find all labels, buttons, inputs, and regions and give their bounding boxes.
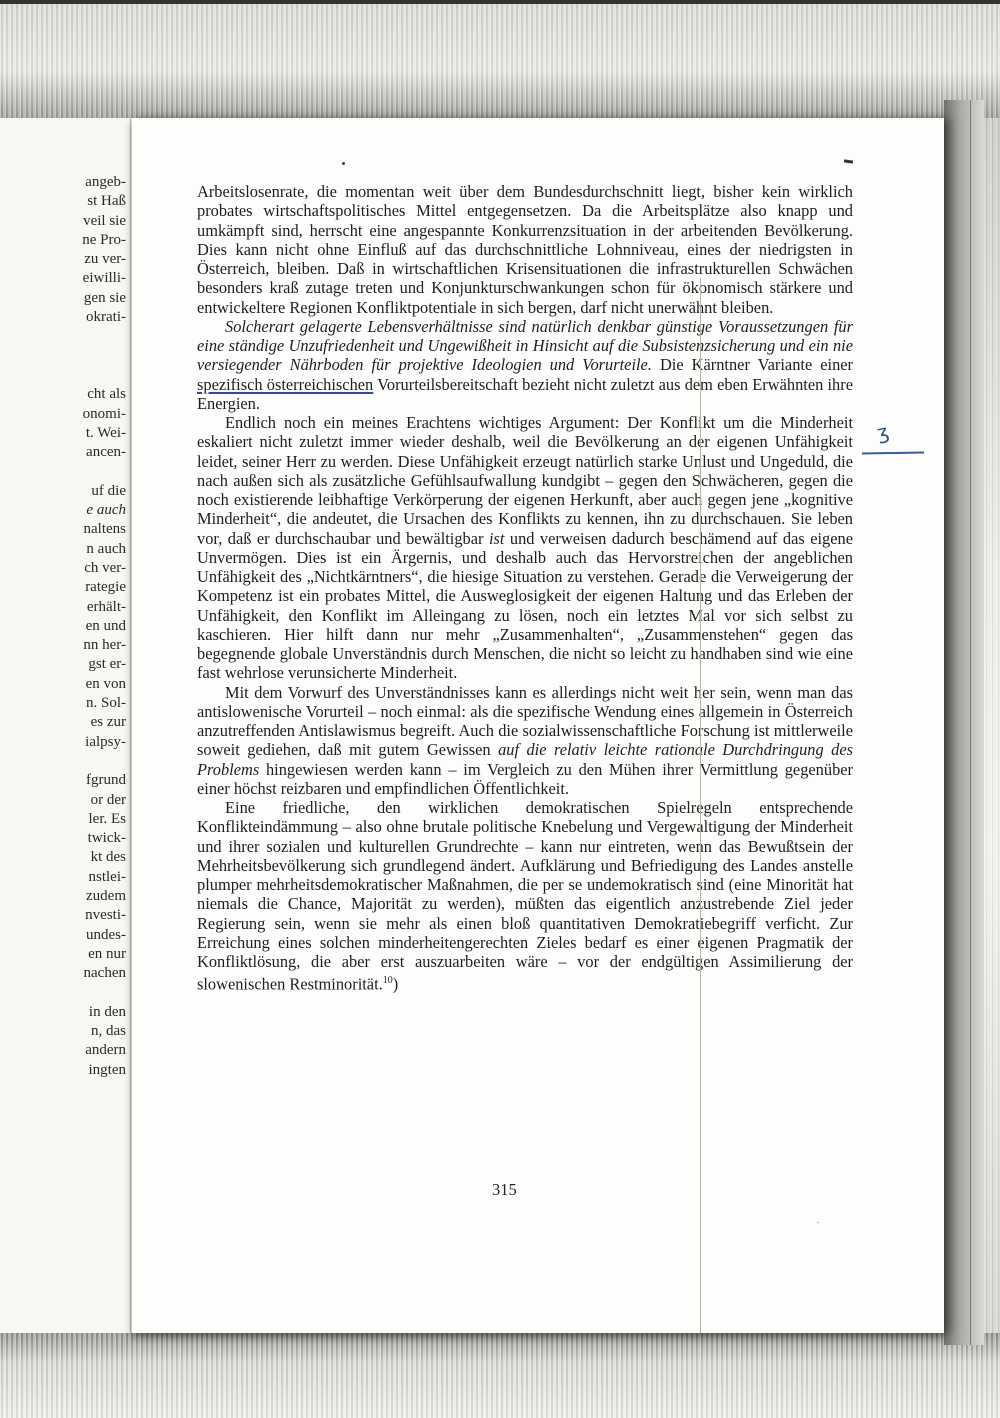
previous-page-line-fragment: in den [6, 1003, 126, 1022]
previous-page-line-fragment [6, 347, 126, 366]
page-edge-shadow [944, 100, 984, 1345]
previous-page-line-fragment: undes- [6, 926, 126, 945]
previous-page-line-fragment: n, das [6, 1022, 126, 1041]
footnote-ref: 10 [383, 975, 393, 986]
previous-page-line-fragment: nvesti- [6, 906, 126, 925]
previous-page-line-fragment: or der [6, 791, 126, 810]
previous-page-line-fragment: ingten [6, 1061, 126, 1080]
scanner-top-edge [0, 0, 1000, 118]
text-segment: und verweisen dadurch beschämend auf das… [197, 529, 853, 683]
previous-page-line-fragment: twick- [6, 829, 126, 848]
smudge-mark: ˌ [816, 1210, 820, 1225]
previous-page-line-fragment [6, 462, 126, 481]
previous-page-line-fragment: st Haß [6, 192, 126, 211]
previous-page-line-fragment: fgrund [6, 771, 126, 790]
previous-page-line-fragment: okrati- [6, 308, 126, 327]
previous-page-line-fragment: en und [6, 617, 126, 636]
previous-page-line-fragment: ancen- [6, 443, 126, 462]
paragraph: Eine friedliche, den wirklichen demokrat… [197, 798, 853, 994]
paragraph: Mit dem Vorwurf des Unverständnisses kan… [197, 683, 853, 799]
previous-page-line-fragment: e auch [6, 501, 126, 520]
paragraph: Endlich noch ein meines Erachtens wichti… [197, 413, 853, 683]
text-segment: hingewiesen werden kann – im Vergleich z… [197, 760, 853, 798]
previous-page-line-fragment: kt des [6, 848, 126, 867]
text-segment: Die Kärntner Variante einer [652, 355, 853, 374]
previous-page-line-fragment: eiwilli- [6, 269, 126, 288]
previous-page-text-column: angeb-st Haßveil siene Pro-zu ver-eiwill… [6, 173, 126, 1080]
text-segment: ist [489, 529, 505, 548]
previous-page-line-fragment: naltens [6, 520, 126, 539]
scan-artifact-line [700, 278, 701, 1333]
previous-page-line-fragment: ialpsy- [6, 733, 126, 752]
previous-page-line-fragment: t. Wei- [6, 424, 126, 443]
speck-mark [342, 162, 345, 165]
pen-dash-mark [844, 159, 853, 163]
previous-page-line-fragment: gst er- [6, 655, 126, 674]
previous-page-line-fragment: uf die [6, 482, 126, 501]
paragraph: Arbeitslosenrate, die momentan weit über… [197, 182, 853, 317]
previous-page-line-fragment: nn her- [6, 636, 126, 655]
page-number: 315 [492, 1180, 517, 1200]
previous-page-line-fragment: en von [6, 675, 126, 694]
handwritten-margin-underline [862, 451, 924, 454]
previous-page-line-fragment: nachen [6, 964, 126, 983]
book-page: Arbeitslosenrate, die momentan weit über… [132, 118, 944, 1333]
previous-page-line-fragment: nstlei- [6, 868, 126, 887]
previous-page-line-fragment: veil sie [6, 212, 126, 231]
previous-page-line-fragment: erhält- [6, 598, 126, 617]
previous-page-line-fragment: en nur [6, 945, 126, 964]
text-segment: ) [393, 975, 398, 994]
page-body-text: Arbeitslosenrate, die momentan weit über… [197, 182, 853, 994]
previous-page-line-fragment [6, 752, 126, 771]
text-segment: spezifisch österreichischen [197, 375, 373, 394]
text-segment: Eine friedliche, den wirklichen demokrat… [197, 798, 853, 994]
text-segment: Endlich noch ein meines Erachtens wichti… [197, 413, 853, 548]
previous-page-line-fragment: zudem [6, 887, 126, 906]
previous-page-line-fragment: gen sie [6, 289, 126, 308]
previous-page-fragment: angeb-st Haßveil siene Pro-zu ver-eiwill… [0, 118, 132, 1333]
paragraph: Solcherart gelagerte Lebensverhältnisse … [197, 317, 853, 413]
scanner-bottom-edge [0, 1333, 1000, 1418]
previous-page-line-fragment: angeb- [6, 173, 126, 192]
previous-page-line-fragment: ler. Es [6, 810, 126, 829]
previous-page-line-fragment [6, 983, 126, 1002]
previous-page-line-fragment: ne Pro- [6, 231, 126, 250]
previous-page-line-fragment [6, 366, 126, 385]
previous-page-line-fragment: rategie [6, 578, 126, 597]
previous-page-line-fragment [6, 327, 126, 346]
previous-page-line-fragment: onomi- [6, 405, 126, 424]
handwritten-margin-mark: ʒ [875, 419, 891, 445]
previous-page-line-fragment: n. Sol- [6, 694, 126, 713]
previous-page-line-fragment: n auch [6, 540, 126, 559]
previous-page-line-fragment: ch ver- [6, 559, 126, 578]
previous-page-line-fragment: andern [6, 1041, 126, 1060]
text-segment: Arbeitslosenrate, die momentan weit über… [197, 182, 853, 317]
previous-page-line-fragment: es zur [6, 713, 126, 732]
page-fold-line [130, 118, 131, 1333]
previous-page-line-fragment: cht als [6, 385, 126, 404]
previous-page-line-fragment: zu ver- [6, 250, 126, 269]
